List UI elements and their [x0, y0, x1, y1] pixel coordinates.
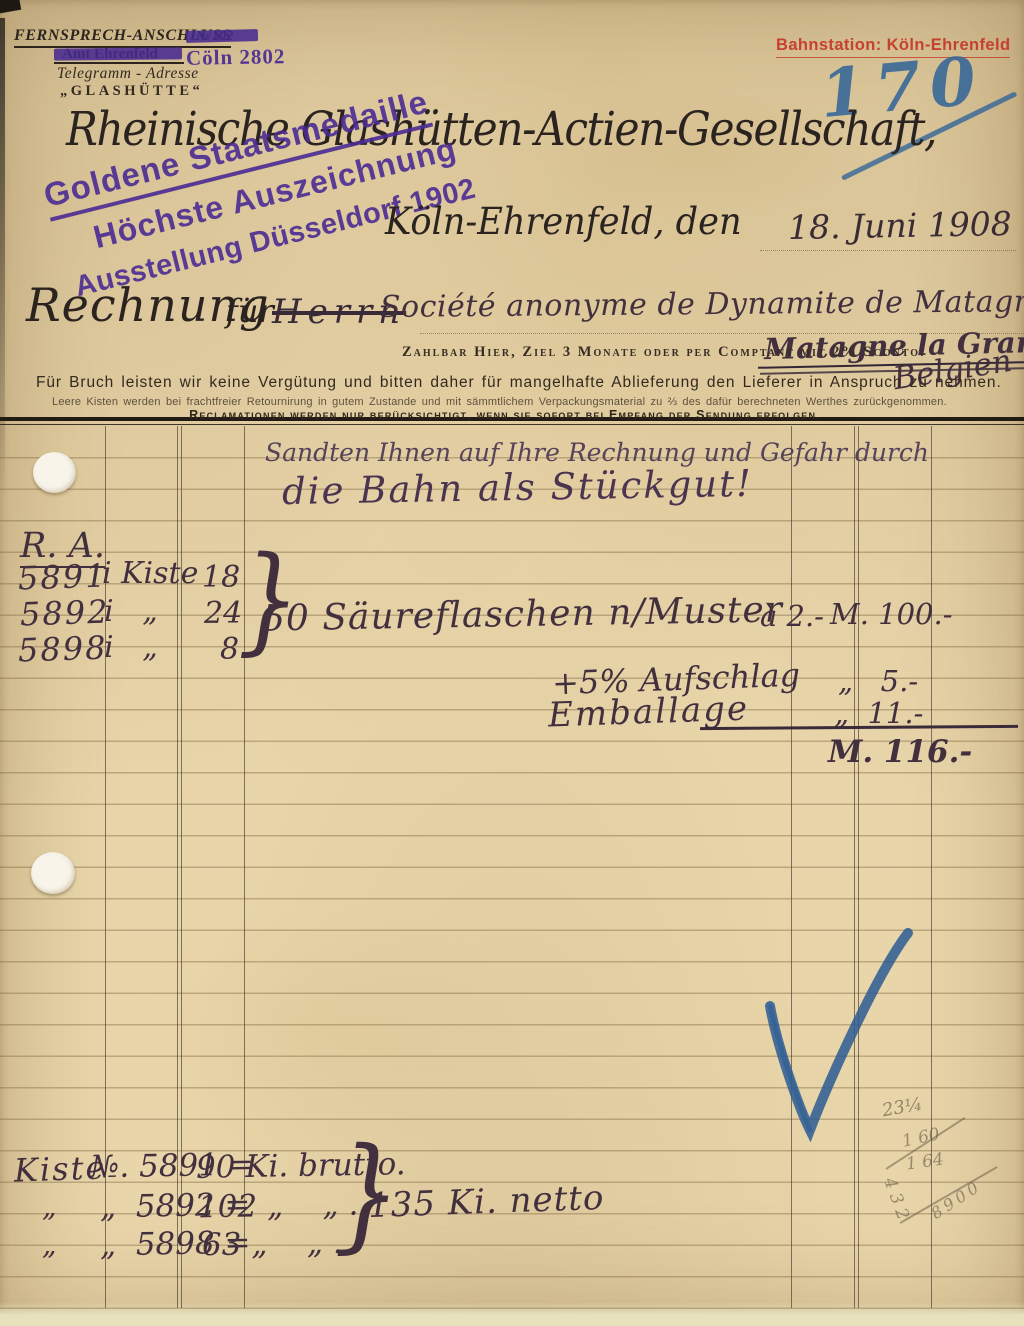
weight-col-a: „	[42, 1190, 57, 1223]
crate-number: 5892	[19, 592, 110, 633]
item-amount: M. 100.-	[830, 597, 953, 631]
shipment-note-line2: die Bahn als Stückgut!	[282, 462, 754, 513]
redaction-bar	[186, 29, 258, 43]
column-line	[854, 426, 855, 1308]
crate-qty: 8	[220, 632, 239, 667]
scan-edge-corner	[0, 0, 21, 14]
net-weight: 135 Ki. netto	[367, 1178, 605, 1226]
date-rule	[760, 222, 1016, 251]
payment-terms: Zahlbar Hier, Ziel 3 Monate oder per Com…	[402, 344, 926, 361]
crate-unit: i „	[104, 594, 158, 629]
breakage-notice: Für Bruch leisten wir keine Vergütung un…	[36, 374, 1002, 392]
scan-edge-left	[0, 18, 5, 498]
surcharge-amount: „ 5.-	[838, 664, 918, 698]
weight-col-a: „	[42, 1228, 57, 1261]
redaction-bar	[54, 47, 182, 60]
coeln-number-stamp: Cöln 2802	[186, 44, 286, 71]
crate-unit: i Kiste	[102, 556, 198, 591]
crate-unit: i „	[104, 630, 158, 665]
telegram-name: „GLASHÜTTE“	[60, 83, 203, 100]
amt-underline	[54, 62, 184, 64]
column-line	[791, 426, 792, 1308]
telegram-address-label: Telegramm - Adresse	[57, 65, 199, 83]
crate-return-notice: Leere Kisten werden bei frachtfreier Ret…	[52, 396, 947, 408]
crate-number: 5891	[17, 556, 108, 597]
crate-number: 5898	[17, 628, 108, 669]
column-line	[931, 426, 932, 1308]
invoice-scan: FERNSPRECH-ANSCHLUSS № 102 Amt Ehrenfeld…	[0, 0, 1024, 1326]
header-rule-thin	[0, 424, 1024, 426]
item-price: à 2.-	[760, 599, 824, 633]
hole-punch	[31, 852, 75, 894]
crate-qty: 24	[204, 596, 242, 631]
hole-punch	[33, 452, 76, 493]
column-line	[858, 426, 859, 1308]
weight-col-c: 63 „ „ .	[202, 1225, 343, 1263]
total-amount: M. 116.-	[828, 734, 972, 770]
reclamation-notice: Reclamationen werden nur berücksichtigt,…	[155, 408, 855, 422]
fuer-label: für	[226, 292, 274, 330]
place-date-line: Köln-Ehrenfeld, den	[385, 200, 742, 243]
crate-qty: 18	[202, 560, 240, 595]
